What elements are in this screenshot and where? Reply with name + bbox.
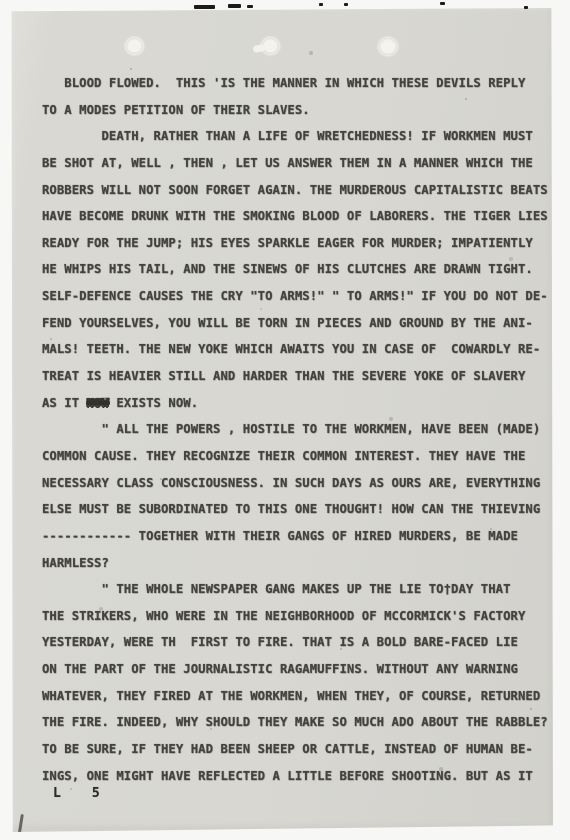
scan-artifact bbox=[228, 4, 241, 8]
document-line: THE FIRE. INDEED, WHY SHOULD THEY MAKE S… bbox=[42, 709, 550, 736]
document-line: INGS, ONE MIGHT HAVE REFLECTED A LITTLE … bbox=[42, 763, 550, 790]
document-line: ELSE MUST BE SUBORDINATED TO THIS ONE TH… bbox=[42, 496, 550, 523]
line-text: TO BE SURE, IF THEY HAD BEEN SHEEP OR CA… bbox=[42, 742, 533, 756]
scan-background: { "page": { "kind": "scanned typewritten… bbox=[0, 0, 570, 840]
footer-left-mark: L bbox=[53, 786, 61, 801]
line-text: TREAT IS HEAVIER STILL AND HARDER THAN T… bbox=[42, 369, 525, 383]
document-line: " THE WHOLE NEWSPAPER GANG MAKES UP THE … bbox=[42, 576, 550, 603]
line-text: ------------ TOGETHER WITH THEIR GANGS O… bbox=[42, 529, 518, 543]
line-text: BLOOD FLOWED. THIS 'IS THE MANNER IN WHI… bbox=[42, 76, 525, 90]
document-body: BLOOD FLOWED. THIS 'IS THE MANNER IN WHI… bbox=[42, 70, 550, 789]
line-text: " THE WHOLE NEWSPAPER GANG MAKES UP THE … bbox=[42, 582, 511, 596]
line-text: COMMON CAUSE. THEY RECOGNIZE THEIR COMMO… bbox=[42, 449, 525, 463]
footer-page-number: 5 bbox=[92, 786, 100, 801]
line-text: READY FOR THE JUMP; HIS EYES SPARKLE EAG… bbox=[42, 236, 533, 250]
punch-hole bbox=[262, 38, 279, 54]
document-line: NECESSARY CLASS CONSCIOUSNESS. IN SUCH D… bbox=[42, 470, 550, 497]
document-line: " ALL THE POWERS , HOSTILE TO THE WORKME… bbox=[42, 416, 550, 443]
document-line: HARMLESS? bbox=[42, 550, 550, 577]
line-text: EXISTS NOW. bbox=[109, 396, 198, 410]
line-text: YESTERDAY, WERE TH FIRST TO FIRE. THAT I… bbox=[42, 635, 518, 649]
document-line: ON THE PART OF THE JOURNALISTIC RAGAMUFF… bbox=[42, 656, 550, 683]
document-line: ------------ TOGETHER WITH THEIR GANGS O… bbox=[42, 523, 550, 550]
line-text: INGS, ONE MIGHT HAVE REFLECTED A LITTLE … bbox=[42, 769, 533, 783]
scan-artifact bbox=[524, 6, 528, 9]
document-line: TREAT IS HEAVIER STILL AND HARDER THAN T… bbox=[42, 363, 550, 390]
scan-artifact bbox=[194, 5, 215, 9]
document-line: COMMON CAUSE. THEY RECOGNIZE THEIR COMMO… bbox=[42, 443, 550, 470]
scan-artifact bbox=[247, 5, 253, 8]
line-text: AS IT bbox=[42, 396, 87, 410]
scan-artifact bbox=[319, 3, 323, 6]
document-line: BE SHOT AT, WELL , THEN , LET US ANSWER … bbox=[42, 150, 550, 177]
document-line: THE STRIKERS, WHO WERE IN THE NEIGHBORHO… bbox=[42, 603, 550, 630]
scan-artifact bbox=[344, 3, 348, 6]
document-line: BLOOD FLOWED. THIS 'IS THE MANNER IN WHI… bbox=[42, 70, 550, 97]
line-text: THE STRIKERS, WHO WERE IN THE NEIGHBORHO… bbox=[42, 609, 525, 623]
line-text: BE SHOT AT, WELL , THEN , LET US ANSWER … bbox=[42, 156, 533, 170]
document-line: HAVE BECOME DRUNK WITH THE SMOKING BLOOD… bbox=[42, 203, 550, 230]
line-text: FEND YOURSELVES, YOU WILL BE TORN IN PIE… bbox=[42, 316, 533, 330]
line-text: WHATEVER, THEY FIRED AT THE WORKMEN, WHE… bbox=[42, 689, 540, 703]
struck-out-word: NOW bbox=[87, 396, 109, 410]
document-line: HE WHIPS HIS TAIL, AND THE SINEWS OF HIS… bbox=[42, 256, 550, 283]
line-text: " ALL THE POWERS , HOSTILE TO THE WORKME… bbox=[42, 422, 540, 436]
punch-hole bbox=[126, 38, 143, 54]
document-page: BLOOD FLOWED. THIS 'IS THE MANNER IN WHI… bbox=[10, 8, 553, 832]
document-line: YESTERDAY, WERE TH FIRST TO FIRE. THAT I… bbox=[42, 629, 550, 656]
document-line: TO BE SURE, IF THEY HAD BEEN SHEEP OR CA… bbox=[42, 736, 550, 763]
line-text: ON THE PART OF THE JOURNALISTIC RAGAMUFF… bbox=[42, 662, 518, 676]
line-text: ELSE MUST BE SUBORDINATED TO THIS ONE TH… bbox=[42, 502, 540, 516]
paper-texture-speckles bbox=[10, 8, 12, 10]
line-text: DEATH, RATHER THAN A LIFE OF WRETCHEDNES… bbox=[42, 129, 533, 143]
document-line: SELF-DEFENCE CAUSES THE CRY "TO ARMS!" "… bbox=[42, 283, 550, 310]
document-line: TO A MODES PETITION OF THEIR SLAVES. bbox=[42, 97, 550, 124]
line-text: TO A MODES PETITION OF THEIR SLAVES. bbox=[42, 103, 310, 117]
document-line: READY FOR THE JUMP; HIS EYES SPARKLE EAG… bbox=[42, 230, 550, 257]
line-text: MALS! TEETH. THE NEW YOKE WHICH AWAITS Y… bbox=[42, 342, 540, 356]
line-text: HE WHIPS HIS TAIL, AND THE SINEWS OF HIS… bbox=[42, 262, 533, 276]
document-line: ROBBERS WILL NOT SOON FORGET AGAIN. THE … bbox=[42, 177, 550, 204]
scan-artifact bbox=[17, 814, 24, 838]
line-text: HAVE BECOME DRUNK WITH THE SMOKING BLOOD… bbox=[42, 209, 548, 223]
line-text: THE FIRE. INDEED, WHY SHOULD THEY MAKE S… bbox=[42, 715, 548, 729]
punch-hole bbox=[379, 38, 397, 55]
page-footer: L5 bbox=[42, 786, 100, 801]
line-text: NECESSARY CLASS CONSCIOUSNESS. IN SUCH D… bbox=[42, 476, 540, 490]
scan-artifact bbox=[440, 2, 445, 5]
document-line: FEND YOURSELVES, YOU WILL BE TORN IN PIE… bbox=[42, 310, 550, 337]
document-line: DEATH, RATHER THAN A LIFE OF WRETCHEDNES… bbox=[42, 123, 550, 150]
document-line: AS IT NOW EXISTS NOW. bbox=[42, 390, 550, 417]
line-text: HARMLESS? bbox=[42, 556, 109, 570]
document-line: MALS! TEETH. THE NEW YOKE WHICH AWAITS Y… bbox=[42, 336, 550, 363]
line-text: ROBBERS WILL NOT SOON FORGET AGAIN. THE … bbox=[42, 183, 548, 197]
document-line: WHATEVER, THEY FIRED AT THE WORKMEN, WHE… bbox=[42, 683, 550, 710]
line-text: SELF-DEFENCE CAUSES THE CRY "TO ARMS!" "… bbox=[42, 289, 548, 303]
